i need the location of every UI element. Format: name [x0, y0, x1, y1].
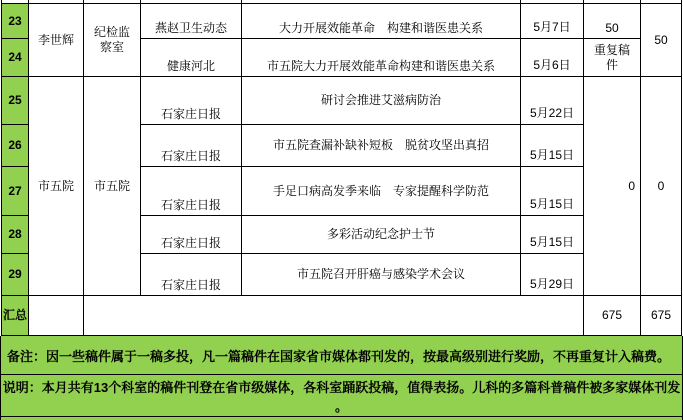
statement-note: 说明：本月共有13个科室的稿件刊登在省市级媒体，各科室踊跃投稿，值得表扬。儿科的…	[1, 375, 682, 417]
score-cell: 50	[584, 4, 641, 39]
table-row: 25 市五院 市五院 石家庄日报 研讨会推进艾滋病防治 5月22日 0 0	[2, 77, 682, 125]
author-cell: 市五院	[29, 77, 84, 296]
publish-date-cell: 5月7日	[521, 4, 584, 39]
article-title-cell: 多彩活动纪念护士节	[242, 216, 521, 254]
publish-date-cell: 5月15日	[521, 167, 584, 216]
row-number-cell: 29	[2, 254, 29, 296]
media-cell: 石家庄日报	[141, 77, 242, 125]
article-title-cell: 手足口病高发季来临 专家提醒科学防范	[242, 167, 521, 216]
article-title-cell: 市五院查漏补缺补短板 脱贫攻坚出真招	[242, 125, 521, 167]
total-score-cell: 50	[641, 4, 682, 77]
publish-date-cell: 5月22日	[521, 77, 584, 125]
statement-line-1: 说明：本月共有13个科室的稿件刊登在省市级媒体，各科室踊跃投稿，值得表扬。儿科的…	[1, 378, 682, 397]
remark-note: 备注：因一些稿件属于一稿多投，凡一篇稿件在国家省市媒体都刊发的，按最高级别进行奖…	[1, 336, 682, 375]
table-row: 23 李世辉 纪检监察室 燕赵卫生动态 大力开展效能革命 构建和谐医患关系 5月…	[2, 4, 682, 39]
row-number-cell: 28	[2, 216, 29, 254]
author-cell: 李世辉	[29, 4, 84, 77]
statement-line-2: 。	[1, 397, 682, 416]
article-title-cell: 市五院召开肝癌与感染学术会议	[242, 254, 521, 296]
publish-date-cell: 5月15日	[521, 216, 584, 254]
article-title-cell: 市五院大力开展效能革命构建和谐医患关系	[242, 39, 521, 77]
publish-date-cell: 5月15日	[521, 125, 584, 167]
media-cell: 石家庄日报	[141, 125, 242, 167]
row-number-cell: 23	[2, 4, 29, 39]
row-number-cell: 25	[2, 77, 29, 125]
publish-date-cell: 5月6日	[521, 39, 584, 77]
media-cell: 燕赵卫生动态	[141, 4, 242, 39]
total-score-cell: 0	[641, 77, 682, 296]
row-number-cell: 26	[2, 125, 29, 167]
report-sheet: 23 李世辉 纪检监察室 燕赵卫生动态 大力开展效能革命 构建和谐医患关系 5月…	[0, 0, 683, 420]
notes-band: 备注：因一些稿件属于一稿多投，凡一篇稿件在国家省市媒体都刊发的，按最高级别进行奖…	[0, 336, 683, 420]
department-cell: 市五院	[84, 77, 141, 296]
empty-cell	[29, 296, 84, 336]
publication-score-table: 23 李世辉 纪检监察室 燕赵卫生动态 大力开展效能革命 构建和谐医患关系 5月…	[1, 0, 682, 336]
row-number-cell: 27	[2, 167, 29, 216]
row-number-cell: 24	[2, 39, 29, 77]
article-title-cell: 大力开展效能革命 构建和谐医患关系	[242, 4, 521, 39]
score-cell: 0	[584, 77, 641, 296]
summary-total-score-cell: 675	[641, 296, 682, 336]
summary-row: 汇总 675 675	[2, 296, 682, 336]
score-cell: 重复稿件	[584, 39, 641, 77]
media-cell: 石家庄日报	[141, 254, 242, 296]
media-cell: 石家庄日报	[141, 216, 242, 254]
empty-merged-cell	[84, 296, 584, 336]
summary-label-cell: 汇总	[2, 296, 29, 336]
article-title-cell: 研讨会推进艾滋病防治	[242, 77, 521, 125]
department-cell: 纪检监察室	[84, 4, 141, 77]
summary-score-cell: 675	[584, 296, 641, 336]
media-cell: 健康河北	[141, 39, 242, 77]
publish-date-cell: 5月29日	[521, 254, 584, 296]
media-cell: 石家庄日报	[141, 167, 242, 216]
